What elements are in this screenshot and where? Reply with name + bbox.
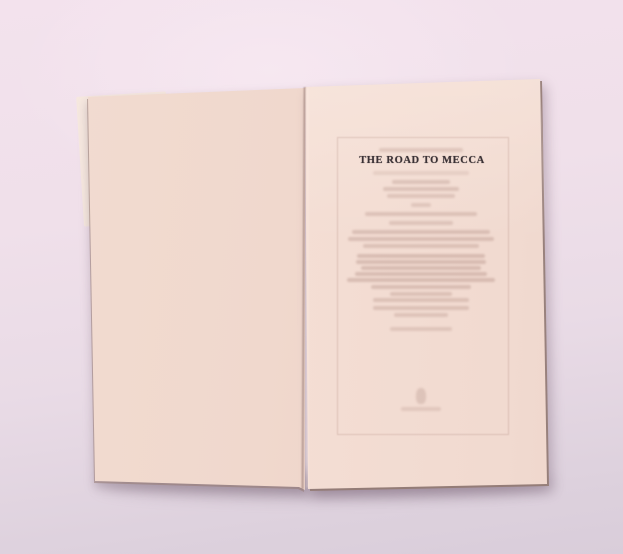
ghost-text-line <box>363 244 479 248</box>
book-spine-highlight <box>306 88 309 488</box>
ghost-text-line <box>390 292 452 296</box>
ghost-text-line <box>392 180 450 184</box>
ghost-text-line <box>355 272 487 276</box>
ghost-text-line <box>365 212 477 216</box>
ghost-text-line <box>390 327 452 331</box>
ghost-text-line <box>371 285 471 289</box>
ghost-text-line <box>379 148 463 152</box>
ghost-text-line <box>347 278 495 282</box>
ghost-text-line <box>348 237 494 241</box>
ghost-text-line <box>373 298 469 302</box>
ghost-text-line <box>383 187 459 191</box>
ghost-text-line <box>394 313 448 317</box>
ghost-text-line <box>401 407 441 411</box>
ghost-text-line <box>357 254 485 258</box>
ghost-text-line <box>352 230 490 234</box>
ghost-text-line <box>387 194 455 198</box>
ghost-text-line <box>373 171 469 175</box>
ghost-text-line <box>356 260 486 264</box>
ghost-text-line <box>411 203 431 207</box>
publisher-emblem-ghost <box>416 388 426 404</box>
ghost-text-line <box>373 306 469 310</box>
photo-background: THE ROAD TO MECCA <box>0 0 623 554</box>
right-page-wrap <box>0 0 623 554</box>
right-page-title <box>0 0 623 554</box>
ghost-text-line <box>389 221 453 225</box>
book-title-text: THE ROAD TO MECCA <box>337 155 507 166</box>
ghost-text-line <box>361 266 481 270</box>
